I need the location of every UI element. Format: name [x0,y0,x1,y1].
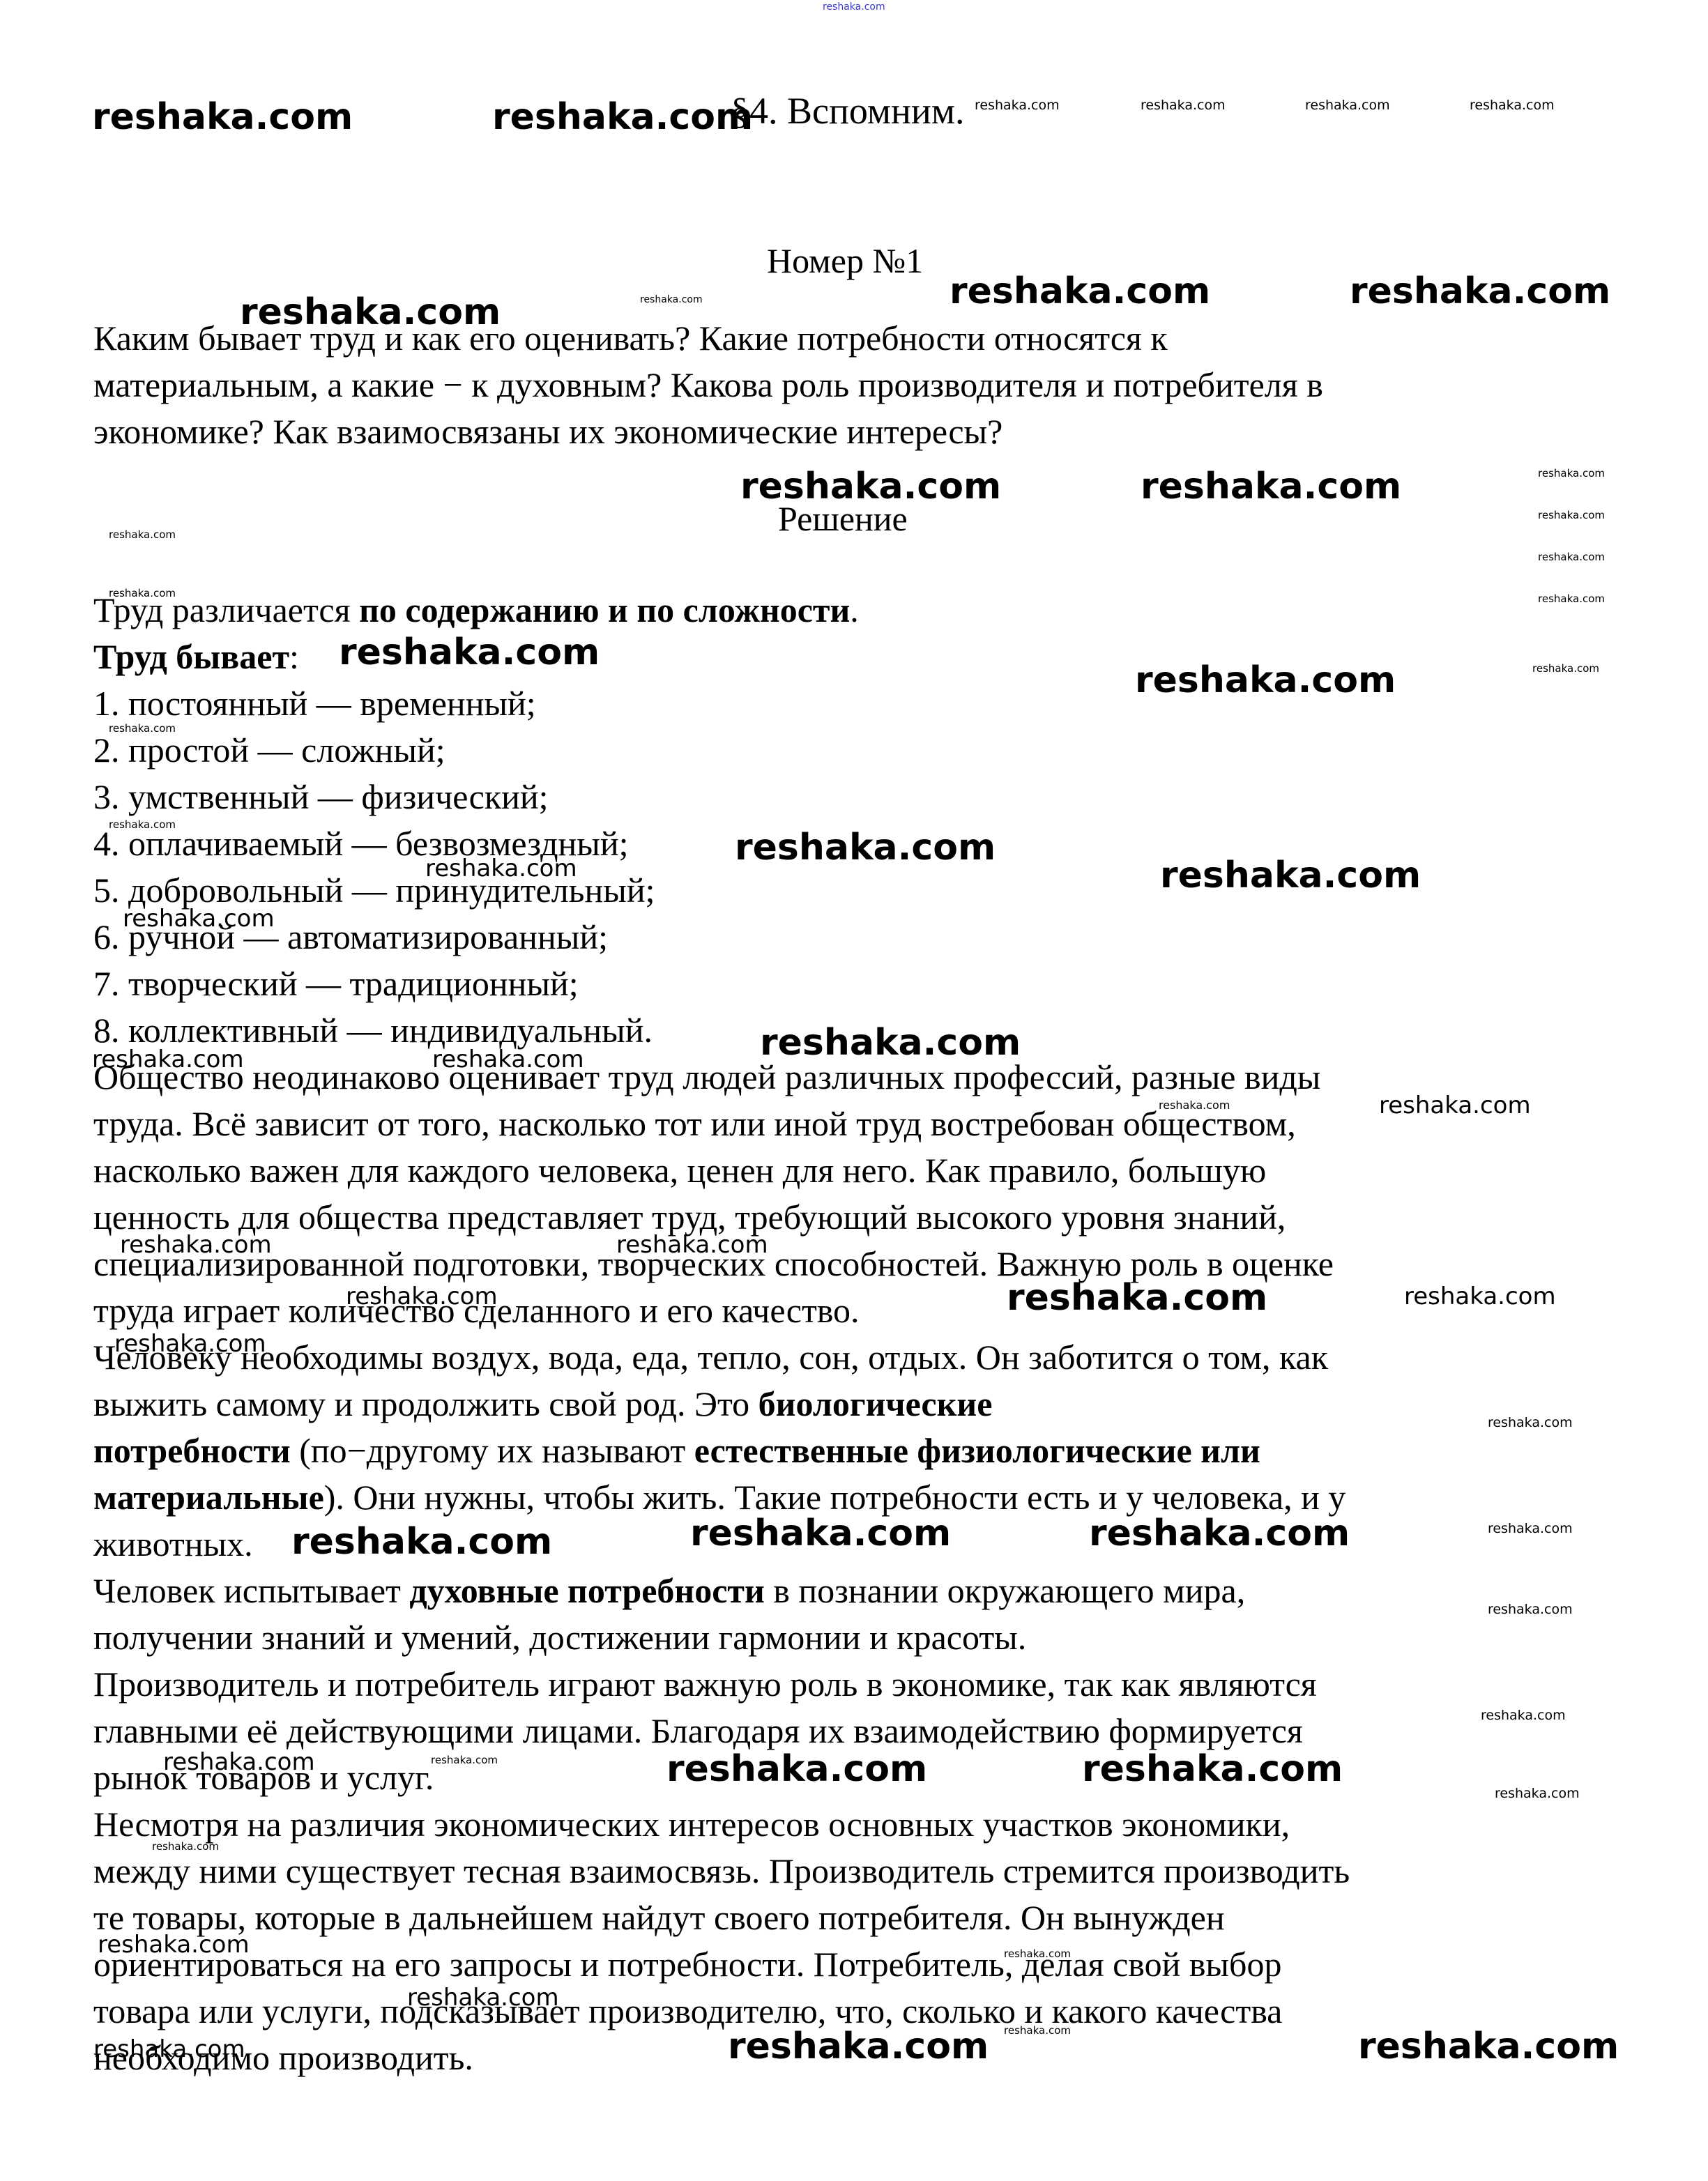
watermark: reshaka.com [1004,1947,1071,1960]
watermark: reshaka.com [291,1521,552,1563]
text-line: между ними существует тесная взаимосвязь… [93,1848,1641,1895]
watermark: reshaka.com [1404,1283,1556,1310]
document-page: reshaka.com §4. Вспомним. Номер №1 Каким… [0,0,1708,2181]
site-link[interactable]: reshaka.com [823,1,885,13]
watermark: reshaka.com [1538,592,1605,605]
text-line: Человек испытывает духовные потребности … [93,1568,1641,1614]
text-line: ориентироваться на его запросы и потребн… [93,1941,1641,1988]
watermark: reshaka.com [92,96,353,138]
watermark: reshaka.com [1160,855,1421,896]
text-line: насколько важен для каждого человека, це… [93,1147,1641,1194]
watermark: reshaka.com [1532,662,1599,675]
text-line: Человеку необходимы воздух, вода, еда, т… [93,1334,1641,1381]
list-item: 2. простой — сложный; [93,727,1641,774]
watermark: reshaka.com [1481,1708,1566,1723]
text-line: Производитель и потребитель играют важну… [93,1661,1641,1708]
watermark: reshaka.com [109,587,176,599]
watermark: reshaka.com [950,270,1210,312]
task-title: Номер №1 [767,240,923,281]
watermark: reshaka.com [339,632,600,673]
watermark: reshaka.com [690,1513,951,1554]
watermark: reshaka.com [123,905,275,933]
watermark: reshaka.com [1141,466,1401,507]
watermark: reshaka.com [1488,1602,1573,1617]
watermark: reshaka.com [1089,1513,1350,1554]
question-line: экономике? Как взаимосвязаны их экономич… [93,408,1641,455]
watermark: reshaka.com [163,1748,315,1776]
watermark: reshaka.com [728,2026,989,2067]
text-line: главными её действующими лицами. Благода… [93,1708,1641,1754]
list-item: 7. творческий — традиционный; [93,961,1641,1007]
intro-line: Труд различается по содержанию и по слож… [93,587,1641,634]
text-line: ценность для общества представляет труд,… [93,1194,1641,1241]
watermark: reshaka.com [93,2035,245,2063]
watermark: reshaka.com [1305,98,1390,113]
watermark: reshaka.com [152,1840,219,1853]
watermark: reshaka.com [109,722,176,735]
text-line: специализированной подготовки, творчески… [93,1241,1641,1287]
watermark: reshaka.com [1141,98,1226,113]
watermark: reshaka.com [1159,1099,1230,1112]
watermark: reshaka.com [740,466,1001,507]
watermark: reshaka.com [1350,270,1610,312]
watermark: reshaka.com [1538,467,1605,480]
watermark: reshaka.com [735,827,996,868]
watermark: reshaka.com [760,1022,1021,1064]
watermark: reshaka.com [92,1046,244,1073]
watermark: reshaka.com [1488,1415,1573,1430]
labor-types: Труд различается по содержанию и по слож… [93,587,1641,1054]
list-item: 1. постоянный — временный; [93,680,1641,727]
watermark: reshaka.com [431,1754,498,1766]
question-line: материальным, а какие − к духовным? Како… [93,362,1641,408]
watermark: reshaka.com [1082,1748,1343,1790]
watermark: reshaka.com [432,1046,584,1073]
watermark: reshaka.com [98,1931,250,1959]
watermark: reshaka.com [1470,98,1555,113]
watermark: reshaka.com [640,294,703,305]
watermark: reshaka.com [109,528,176,541]
section-title: §4. Вспомним. [731,89,965,132]
list-item: 6. ручной — автоматизированный; [93,914,1641,961]
watermark: reshaka.com [109,818,176,831]
text-line: получении знаний и умений, достижении га… [93,1614,1641,1661]
watermark: reshaka.com [1007,1277,1267,1319]
watermark: reshaka.com [120,1231,272,1259]
watermark: reshaka.com [425,855,577,882]
text-line: Несмотря на различия экономических интер… [93,1801,1641,1848]
watermark: reshaka.com [1379,1092,1531,1119]
watermark: reshaka.com [616,1231,768,1259]
list-item: 3. умственный — физический; [93,774,1641,820]
list-title: Труд бывает: [93,634,1641,680]
text-line: те товары, которые в дальнейшем найдут с… [93,1895,1641,1941]
watermark: reshaka.com [1495,1786,1580,1801]
watermark: reshaka.com [407,1984,559,2012]
watermark: reshaka.com [240,291,501,333]
watermark: reshaka.com [492,96,753,138]
watermark: reshaka.com [1488,1521,1573,1536]
text-line: выжить самому и продолжить свой род. Это… [93,1381,1641,1428]
question-text: Каким бывает труд и как его оценивать? К… [93,315,1641,455]
watermark: reshaka.com [346,1283,498,1310]
watermark: reshaka.com [1004,2024,1071,2037]
watermark: reshaka.com [975,98,1060,113]
watermark: reshaka.com [114,1330,266,1358]
watermark: reshaka.com [666,1748,927,1790]
text-line: потребности (по−другому их называют есте… [93,1428,1641,1474]
watermark: reshaka.com [1538,551,1605,563]
watermark: reshaka.com [1135,659,1396,701]
watermark: reshaka.com [1538,509,1605,521]
watermark: reshaka.com [1358,2026,1619,2067]
paragraph-spiritual: Человек испытывает духовные потребности … [93,1568,1641,1661]
